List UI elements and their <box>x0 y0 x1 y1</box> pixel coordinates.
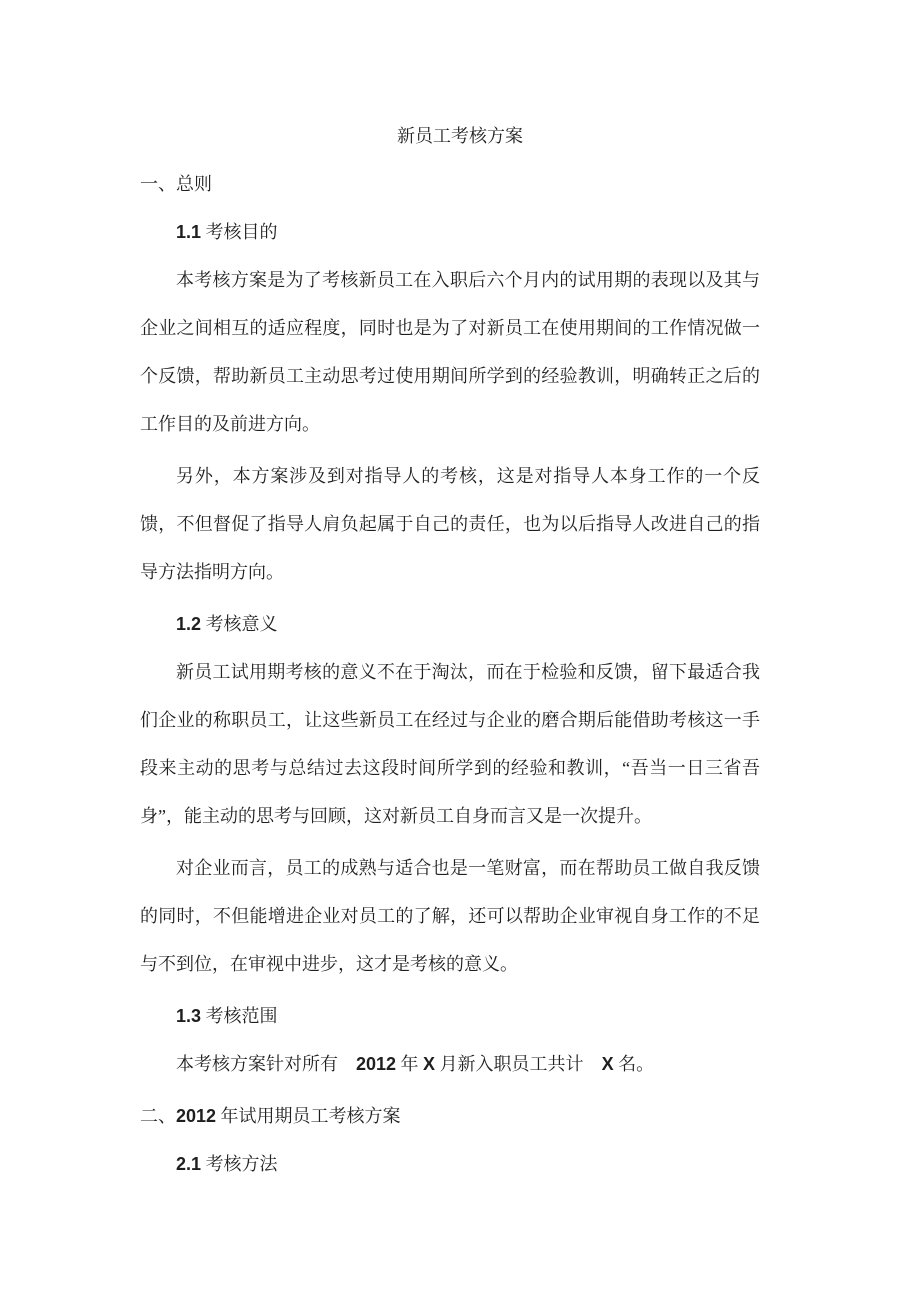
cjk-text-run: 另外，本方案涉及到对指导人的考核，这是对指导人本身工作的一个反馈，不但督促了指导… <box>140 466 760 582</box>
cjk-text-run: 考核目的 <box>201 222 278 242</box>
section-heading: 一、总则 <box>140 160 760 208</box>
cjk-text-run: 名。 <box>614 1054 655 1074</box>
document-canvas: 新员工考核方案一、总则1.1 考核目的本考核方案是为了考核新员工在入职后六个月内… <box>0 0 920 1303</box>
cjk-text-run: 月新入职员工共计 <box>435 1054 602 1074</box>
cjk-text-run: 年 <box>396 1054 423 1074</box>
cjk-text-run: 对企业而言，员工的成熟与适合也是一笔财富，而在帮助员工做自我反馈的同时，不但能增… <box>140 858 760 974</box>
cjk-text-run: 考核意义 <box>201 614 278 634</box>
body-paragraph: 新员工试用期考核的意义不在于淘汰，而在于检验和反馈，留下最适合我们企业的称职员工… <box>140 648 760 840</box>
section-heading: 二、2012 年试用期员工考核方案 <box>140 1092 760 1140</box>
cjk-text-run: 考核范围 <box>201 1006 278 1026</box>
cjk-text-run: 本考核方案针对所有 <box>176 1054 356 1074</box>
latin-text-run: 2.1 <box>176 1154 201 1174</box>
subsection-heading: 1.2 考核意义 <box>140 600 760 648</box>
body-paragraph: 本考核方案针对所有 2012 年 X 月新入职员工共计 X 名。 <box>140 1040 760 1088</box>
subsection-heading: 2.1 考核方法 <box>140 1140 760 1188</box>
cjk-text-run: 一、总则 <box>140 174 212 194</box>
body-paragraph: 另外，本方案涉及到对指导人的考核，这是对指导人本身工作的一个反馈，不但督促了指导… <box>140 452 760 596</box>
subsection-heading: 1.1 考核目的 <box>140 208 760 256</box>
body-paragraph: 本考核方案是为了考核新员工在入职后六个月内的试用期的表现以及其与企业之间相互的适… <box>140 256 760 448</box>
latin-text-run: 1.3 <box>176 1006 201 1026</box>
document-page: { "page": { "background_color": "#ffffff… <box>0 0 920 1303</box>
cjk-text-run: 新员工试用期考核的意义不在于淘汰，而在于检验和反馈，留下最适合我们企业的称职员工… <box>140 662 760 826</box>
latin-text-run: 1.1 <box>176 222 201 242</box>
body-paragraph: 对企业而言，员工的成熟与适合也是一笔财富，而在帮助员工做自我反馈的同时，不但能增… <box>140 844 760 988</box>
latin-text-run: 2012 <box>356 1054 396 1074</box>
document-title: 新员工考核方案 <box>140 112 780 160</box>
latin-text-run: X <box>602 1054 614 1074</box>
cjk-text-run: 新员工考核方案 <box>397 126 523 146</box>
cjk-text-run: 本考核方案是为了考核新员工在入职后六个月内的试用期的表现以及其与企业之间相互的适… <box>140 270 760 434</box>
cjk-text-run: 二、 <box>140 1106 176 1126</box>
latin-text-run: 2012 <box>176 1106 216 1126</box>
cjk-text-run: 考核方法 <box>201 1154 278 1174</box>
subsection-heading: 1.3 考核范围 <box>140 992 760 1040</box>
cjk-text-run: 年试用期员工考核方案 <box>216 1106 401 1126</box>
latin-text-run: 1.2 <box>176 614 201 634</box>
latin-text-run: X <box>423 1054 435 1074</box>
